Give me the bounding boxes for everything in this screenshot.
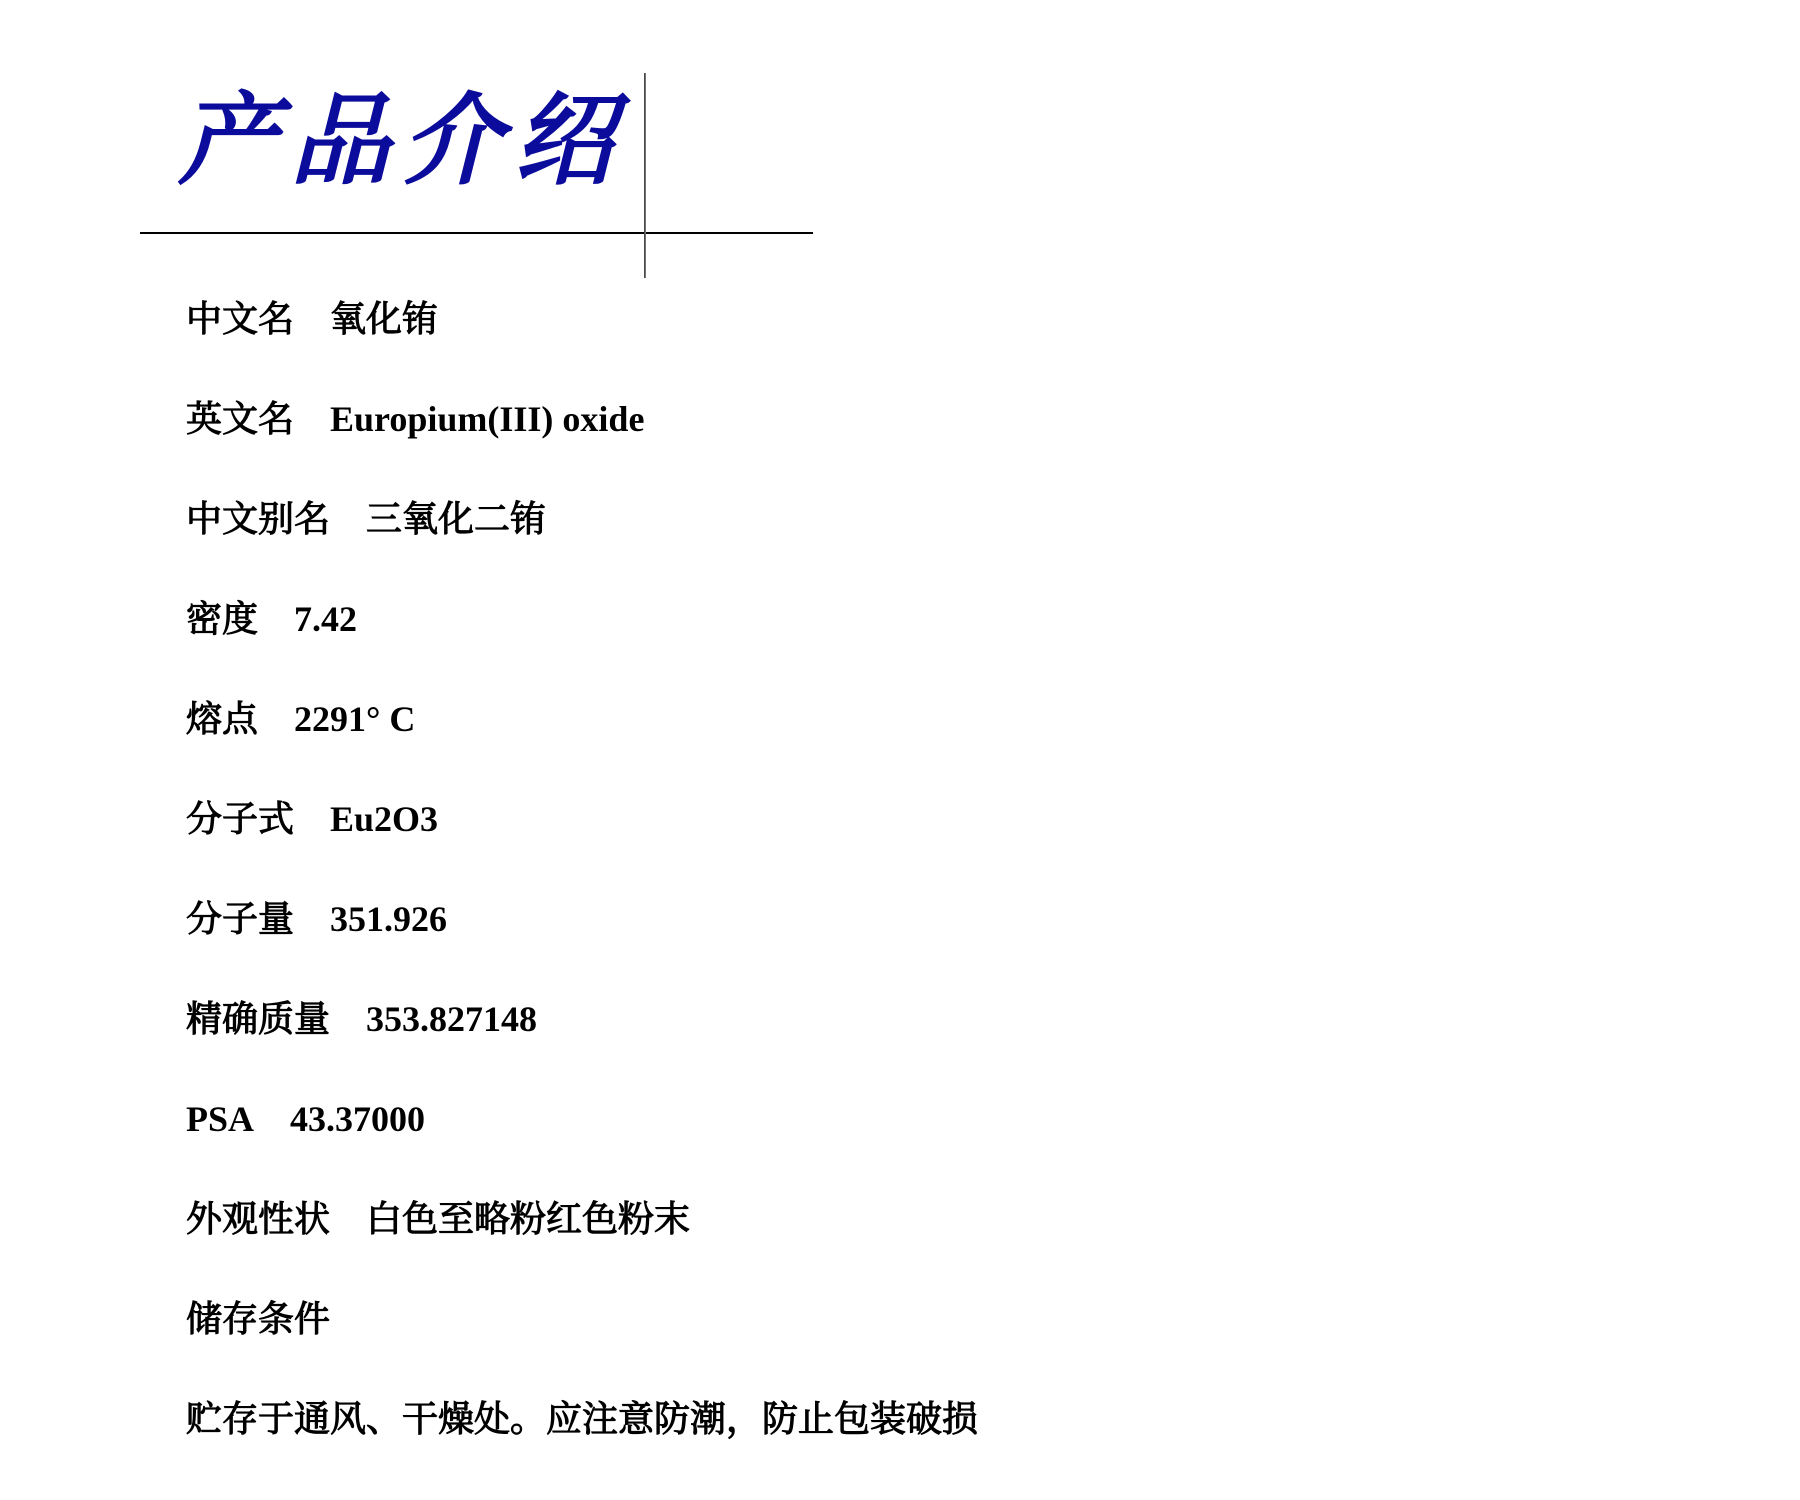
- field-label: 中文名: [186, 297, 294, 343]
- field-english-name: 英文名Europium(III) oxide: [186, 396, 978, 496]
- field-value: 7.42: [294, 596, 357, 642]
- field-molecular-formula: 分子式Eu2O3: [186, 796, 978, 896]
- field-label: 英文名: [186, 397, 294, 443]
- field-density: 密度7.42: [186, 596, 978, 696]
- field-storage-conditions: 储存条件: [186, 1296, 978, 1396]
- field-value: Europium(III) oxide: [330, 396, 644, 442]
- field-chinese-alias: 中文别名三氧化二铕: [186, 496, 978, 596]
- field-molecular-weight: 分子量351.926: [186, 896, 978, 996]
- field-value: Eu2O3: [330, 796, 438, 842]
- field-label: 精确质量: [186, 997, 330, 1043]
- field-chinese-name: 中文名氧化铕: [186, 296, 978, 396]
- title-underline-divider: [140, 232, 813, 234]
- field-storage-description: 贮存于通风、干燥处。应注意防潮，防止包装破损: [186, 1396, 978, 1496]
- page-title: 产品介绍: [178, 80, 626, 200]
- field-value: 353.827148: [366, 996, 537, 1042]
- field-label: 储存条件: [186, 1297, 330, 1343]
- field-melting-point: 熔点2291° C: [186, 696, 978, 796]
- field-psa: PSA43.37000: [186, 1096, 978, 1196]
- title-vertical-divider: [644, 73, 646, 278]
- field-value: 三氧化二铕: [366, 497, 546, 543]
- field-label: 熔点: [186, 697, 258, 743]
- field-value: 白色至略粉红色粉末: [366, 1197, 690, 1243]
- field-label: 分子式: [186, 797, 294, 843]
- field-value: 氧化铕: [330, 297, 438, 343]
- product-properties-list: 中文名氧化铕 英文名Europium(III) oxide 中文别名三氧化二铕 …: [186, 296, 978, 1496]
- field-value: 43.37000: [290, 1096, 425, 1142]
- field-appearance: 外观性状白色至略粉红色粉末: [186, 1196, 978, 1296]
- field-label: PSA: [186, 1096, 254, 1142]
- storage-text: 贮存于通风、干燥处。应注意防潮，防止包装破损: [186, 1397, 978, 1443]
- field-value: 2291° C: [294, 696, 415, 742]
- field-label: 密度: [186, 597, 258, 643]
- field-label: 分子量: [186, 897, 294, 943]
- field-label: 中文别名: [186, 497, 330, 543]
- field-label: 外观性状: [186, 1197, 330, 1243]
- field-value: 351.926: [330, 896, 447, 942]
- field-exact-mass: 精确质量353.827148: [186, 996, 978, 1096]
